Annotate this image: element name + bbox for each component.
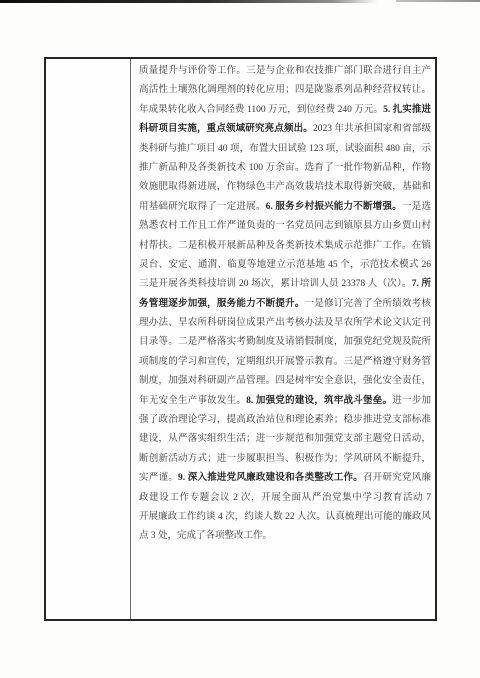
section-heading-segment: 7. 所: [412, 279, 431, 289]
text-segment: 实严谨。: [139, 473, 178, 483]
text-line: 效施肥取得新进展，作物绿色丰产高效栽培技术取得新突破，基础和应: [139, 178, 431, 197]
table-content-cell: 质量提升与评价等工作。三是与企业和农技推广部门联合进行自主产品高活性土壤熟化调理…: [131, 59, 435, 619]
section-heading-segment: 5. 扎实推进: [383, 105, 431, 115]
text-line: 目录等。二是严格落实考勤制度及请销假制度，加强党纪党规及院所各: [139, 333, 431, 352]
text-segment: 开展廉政工作约谈 4 次，约谈人数 22 人次。认真梳理出可能的廉政风险: [139, 512, 431, 527]
text-line: 年无安全生产事故发生。8. 加强党的建设，筑牢战斗堡垒。进一步加: [139, 392, 431, 411]
text-segment: 理办法、旱农所科研岗位成果产出考核办法及旱农所学术论文认定刊物: [139, 318, 431, 333]
text-segment: 建设，从严落实组织生活；进一步规范和加强党支部主题党日活动，不: [139, 434, 431, 449]
text-segment: 召开研究党风廉: [363, 473, 431, 483]
text-line: 年成果转化收入合同经费 1100 万元，到位经费 240 万元。5. 扎实推进: [139, 101, 431, 120]
text-line: 科研项目实施，重点领域研究亮点频出。2023 年共承担国家和省部级各: [139, 120, 431, 139]
text-segment: 年无安全生产事故发生。: [139, 396, 246, 406]
text-segment: 灵台、安定、通渭、临夏等地建立示范基地 45 个，示范技术模式 26 项。: [139, 260, 431, 275]
text-segment: 政建设工作专题会议 2 次，开展全面从严治党集中学习教育活动 7 次。: [139, 493, 431, 508]
text-segment: 制度，加强对科研副产品管理。四是树牢安全意识，强化安全责任，全: [139, 376, 431, 391]
text-segment: 项制度的学习和宣传，定期组织开展警示教育。三是严格遵守财务管理: [139, 357, 431, 372]
text-segment: 强了政治理论学习，提高政治站位和理论素养；稳步推进党支部标准化: [139, 415, 431, 430]
text-segment: 断创新活动方式；进一步履职担当、积极作为；学风研风不断提升，求: [139, 454, 431, 469]
text-line: 开展廉政工作约谈 4 次，约谈人数 22 人次。认真梳理出可能的廉政风险: [139, 508, 431, 527]
report-table: 质量提升与评价等工作。三是与企业和农技推广部门联合进行自主产品高活性土壤熟化调理…: [44, 57, 437, 621]
scan-edge-artifact-right: [396, 0, 480, 2]
text-line: 高活性土壤熟化调理剂的转化应用；四是陇鉴系列品种经营权转让。全: [139, 81, 431, 100]
text-line: 三是开展各类科技培训 20 场次，累计培训人员 23378 人（次）。7. 所: [139, 275, 431, 294]
text-segment: 效施肥取得新进展，作物绿色丰产高效栽培技术取得新突破，基础和应: [139, 182, 431, 197]
section-heading-segment: 科研项目实施，重点领域研究亮点频出。: [139, 124, 313, 134]
text-segment: 质量提升与评价等工作。三是与企业和农技推广部门联合进行自主产品: [139, 66, 431, 81]
text-line: 实严谨。9. 深入推进党风廉政建设和各类整改工作。召开研究党风廉: [139, 469, 431, 488]
text-segment: 类科研与推广项目 40 项，布置大田试验 123 项，试验面积 480 亩，示范: [139, 144, 431, 159]
text-line: 用基础研究取得了一定进展。6. 服务乡村振兴能力不断增强。一是选派: [139, 198, 431, 217]
text-line: 推广新品种及各类新技术 100 万余亩。选育了一批作物新品种，作物高: [139, 159, 431, 178]
text-line: 政建设工作专题会议 2 次，开展全面从严治党集中学习教育活动 7 次。: [139, 489, 431, 508]
text-line: 项制度的学习和宣传，定期组织开展警示教育。三是严格遵守财务管理: [139, 353, 431, 372]
text-segment: 高活性土壤熟化调理剂的转化应用；四是陇鉴系列品种经营权转让。全: [139, 85, 431, 100]
text-line: 质量提升与评价等工作。三是与企业和农技推广部门联合进行自主产品: [139, 62, 431, 81]
text-line: 务管理逐步加强，服务能力不断提升。一是修订完善了全所绩效考核管: [139, 295, 431, 314]
report-text-block: 质量提升与评价等工作。三是与企业和农技推广部门联合进行自主产品高活性土壤熟化调理…: [139, 62, 431, 547]
text-segment: 村帮扶。二是积极开展新品种及各类新技术集成示范推广工作。在镇原、: [139, 241, 431, 256]
text-segment: 年成果转化收入合同经费 1100 万元，到位经费 240 万元。: [139, 105, 383, 115]
text-line: 理办法、旱农所科研岗位成果产出考核办法及旱农所学术论文认定刊物: [139, 314, 431, 333]
section-heading-segment: 6. 服务乡村振兴能力不断增强。: [266, 202, 402, 212]
text-segment: 进一步加: [392, 396, 431, 406]
section-heading-segment: 9. 深入推进党风廉政建设和各类整改工作。: [178, 473, 363, 483]
table-label-cell: [46, 59, 131, 619]
text-segment: 用基础研究取得了一定进展。: [139, 202, 266, 212]
text-segment: 三是开展各类科技培训 20 场次，累计培训人员 23378 人（次）。: [139, 279, 412, 289]
text-line: 点 3 处，完成了各项整改工作。: [139, 527, 431, 546]
section-heading-segment: 8. 加强党的建设，筑牢战斗堡垒。: [246, 396, 392, 406]
text-line: 村帮扶。二是积极开展新品种及各类新技术集成示范推广工作。在镇原、: [139, 237, 431, 256]
text-line: 熟悉农村工作且工作严谨负责的一名党员同志到镇原县方山乡贾山村驻: [139, 217, 431, 236]
text-line: 灵台、安定、通渭、临夏等地建立示范基地 45 个，示范技术模式 26 项。: [139, 256, 431, 275]
text-segment: 推广新品种及各类新技术 100 万余亩。选育了一批作物新品种，作物高: [139, 163, 431, 178]
scan-edge-artifact-left: [0, 0, 378, 3]
text-segment: 熟悉农村工作且工作严谨负责的一名党员同志到镇原县方山乡贾山村驻: [139, 221, 431, 236]
text-segment: 点 3 处，完成了各项整改工作。: [139, 531, 272, 541]
text-line: 断创新活动方式；进一步履职担当、积极作为；学风研风不断提升，求: [139, 450, 431, 469]
text-line: 强了政治理论学习，提高政治站位和理论素养；稳步推进党支部标准化: [139, 411, 431, 430]
text-segment: 目录等。二是严格落实考勤制度及请销假制度，加强党纪党规及院所各: [139, 337, 431, 352]
text-line: 类科研与推广项目 40 项，布置大田试验 123 项，试验面积 480 亩，示范: [139, 140, 431, 159]
text-line: 制度，加强对科研副产品管理。四是树牢安全意识，强化安全责任，全: [139, 372, 431, 391]
section-heading-segment: 务管理逐步加强，服务能力不断提升。: [139, 299, 305, 309]
text-line: 建设，从严落实组织生活；进一步规范和加强党支部主题党日活动，不: [139, 430, 431, 449]
